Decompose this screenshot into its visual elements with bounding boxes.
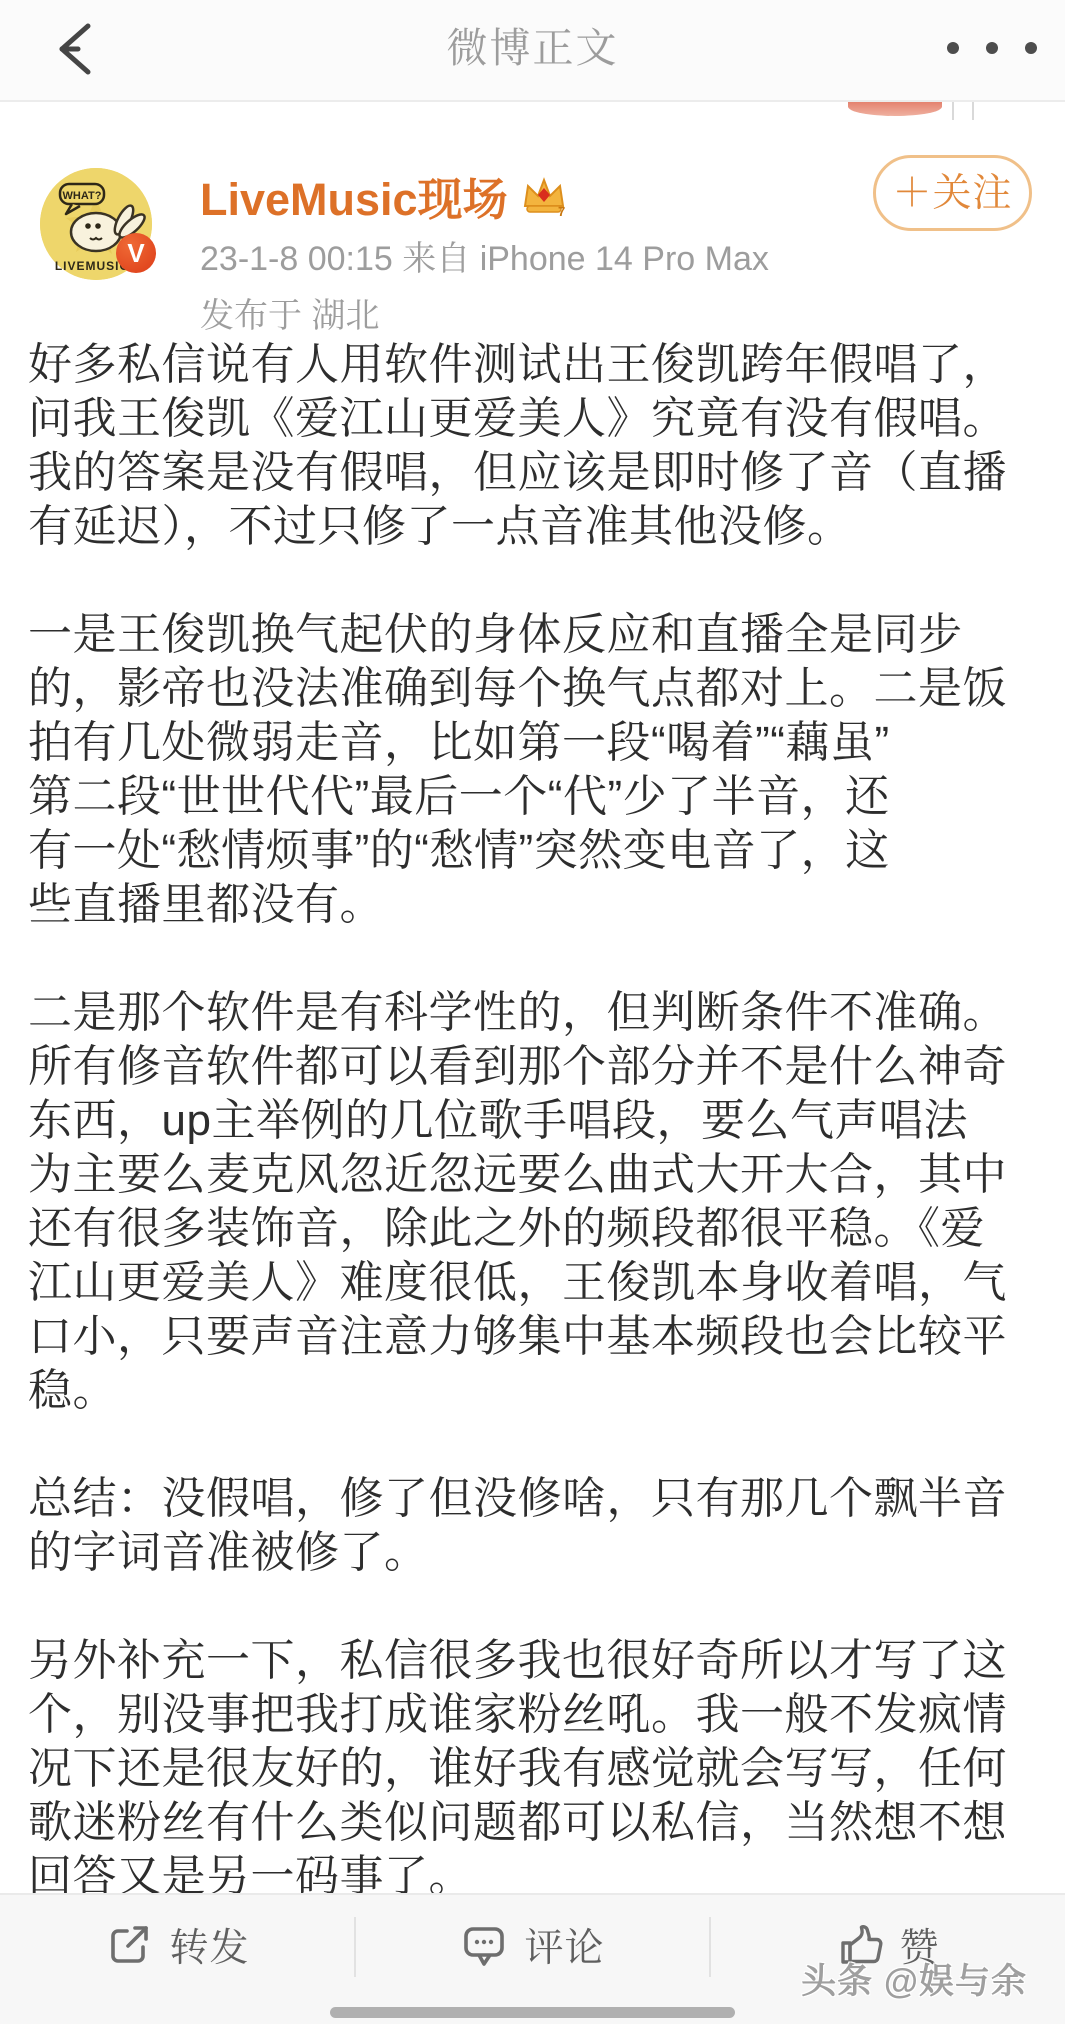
post-header: WHAT? LIVEMUSIC V LiveMusic现场 7 23-1-8 0… xyxy=(0,123,1065,338)
dot-icon xyxy=(986,42,998,54)
post-body: 好多私信说有人用软件测试出王俊凯跨年假唱了， 问我王俊凯《爱江山更爱美人》究竟有… xyxy=(28,338,1048,1958)
repost-button[interactable]: 转发 xyxy=(0,1895,355,1995)
post-paragraph: 另外补充一下，私信很多我也很好奇所以才写了这 个，别没事把我打成谁家粉丝吼。我一… xyxy=(28,1634,1048,1904)
post-paragraph: 一是王俊凯换气起伏的身体反应和直播全是同步 的，影帝也没法准确到每个换气点都对上… xyxy=(28,608,1048,932)
partial-red-element xyxy=(848,102,942,116)
post-location: 发布于 湖北 xyxy=(200,288,379,337)
repost-label: 转发 xyxy=(169,1917,249,1973)
more-options-button[interactable] xyxy=(947,24,1037,72)
divider xyxy=(354,1917,356,1977)
home-indicator[interactable] xyxy=(330,2007,735,2018)
dot-icon xyxy=(1025,42,1037,54)
partial-mark xyxy=(972,102,974,120)
svg-text:7: 7 xyxy=(558,204,565,218)
author-name[interactable]: LiveMusic现场 xyxy=(200,163,508,228)
post-paragraph: 二是那个软件是有科学性的，但判断条件不准确。 所有修音软件都可以看到那个部分并不… xyxy=(28,986,1048,1418)
repost-icon xyxy=(105,1921,153,1969)
follow-button[interactable]: ＋关注 xyxy=(873,155,1032,231)
scroll-strip xyxy=(0,102,1065,125)
vip-crown-icon: 7 xyxy=(520,174,568,218)
partial-mark xyxy=(952,102,954,120)
verified-badge-icon: V xyxy=(116,233,156,273)
post-time-source: 23-1-8 00:15 来自 iPhone 14 Pro Max xyxy=(200,231,769,280)
comment-button[interactable]: 评论 xyxy=(355,1895,710,1995)
dot-icon xyxy=(947,42,959,54)
top-navbar: 微博正文 xyxy=(0,0,1065,102)
svg-text:WHAT?: WHAT? xyxy=(63,190,102,202)
avatar[interactable]: WHAT? LIVEMUSIC V xyxy=(40,168,152,280)
post-paragraph: 总结：没假唱，修了但没修啥，只有那几个飘半音 的字词音准被修了。 xyxy=(28,1472,1048,1580)
page-title: 微博正文 xyxy=(0,0,1065,100)
divider xyxy=(709,1917,711,1977)
watermark: 头条 @娱与余 xyxy=(801,1954,1027,2004)
post-paragraph: 好多私信说有人用软件测试出王俊凯跨年假唱了， 问我王俊凯《爱江山更爱美人》究竟有… xyxy=(28,338,1048,554)
comment-icon xyxy=(460,1921,508,1969)
comment-label: 评论 xyxy=(524,1917,604,1973)
weibo-post-screen: 微博正文 WHAT? LIVEM xyxy=(0,0,1065,2024)
